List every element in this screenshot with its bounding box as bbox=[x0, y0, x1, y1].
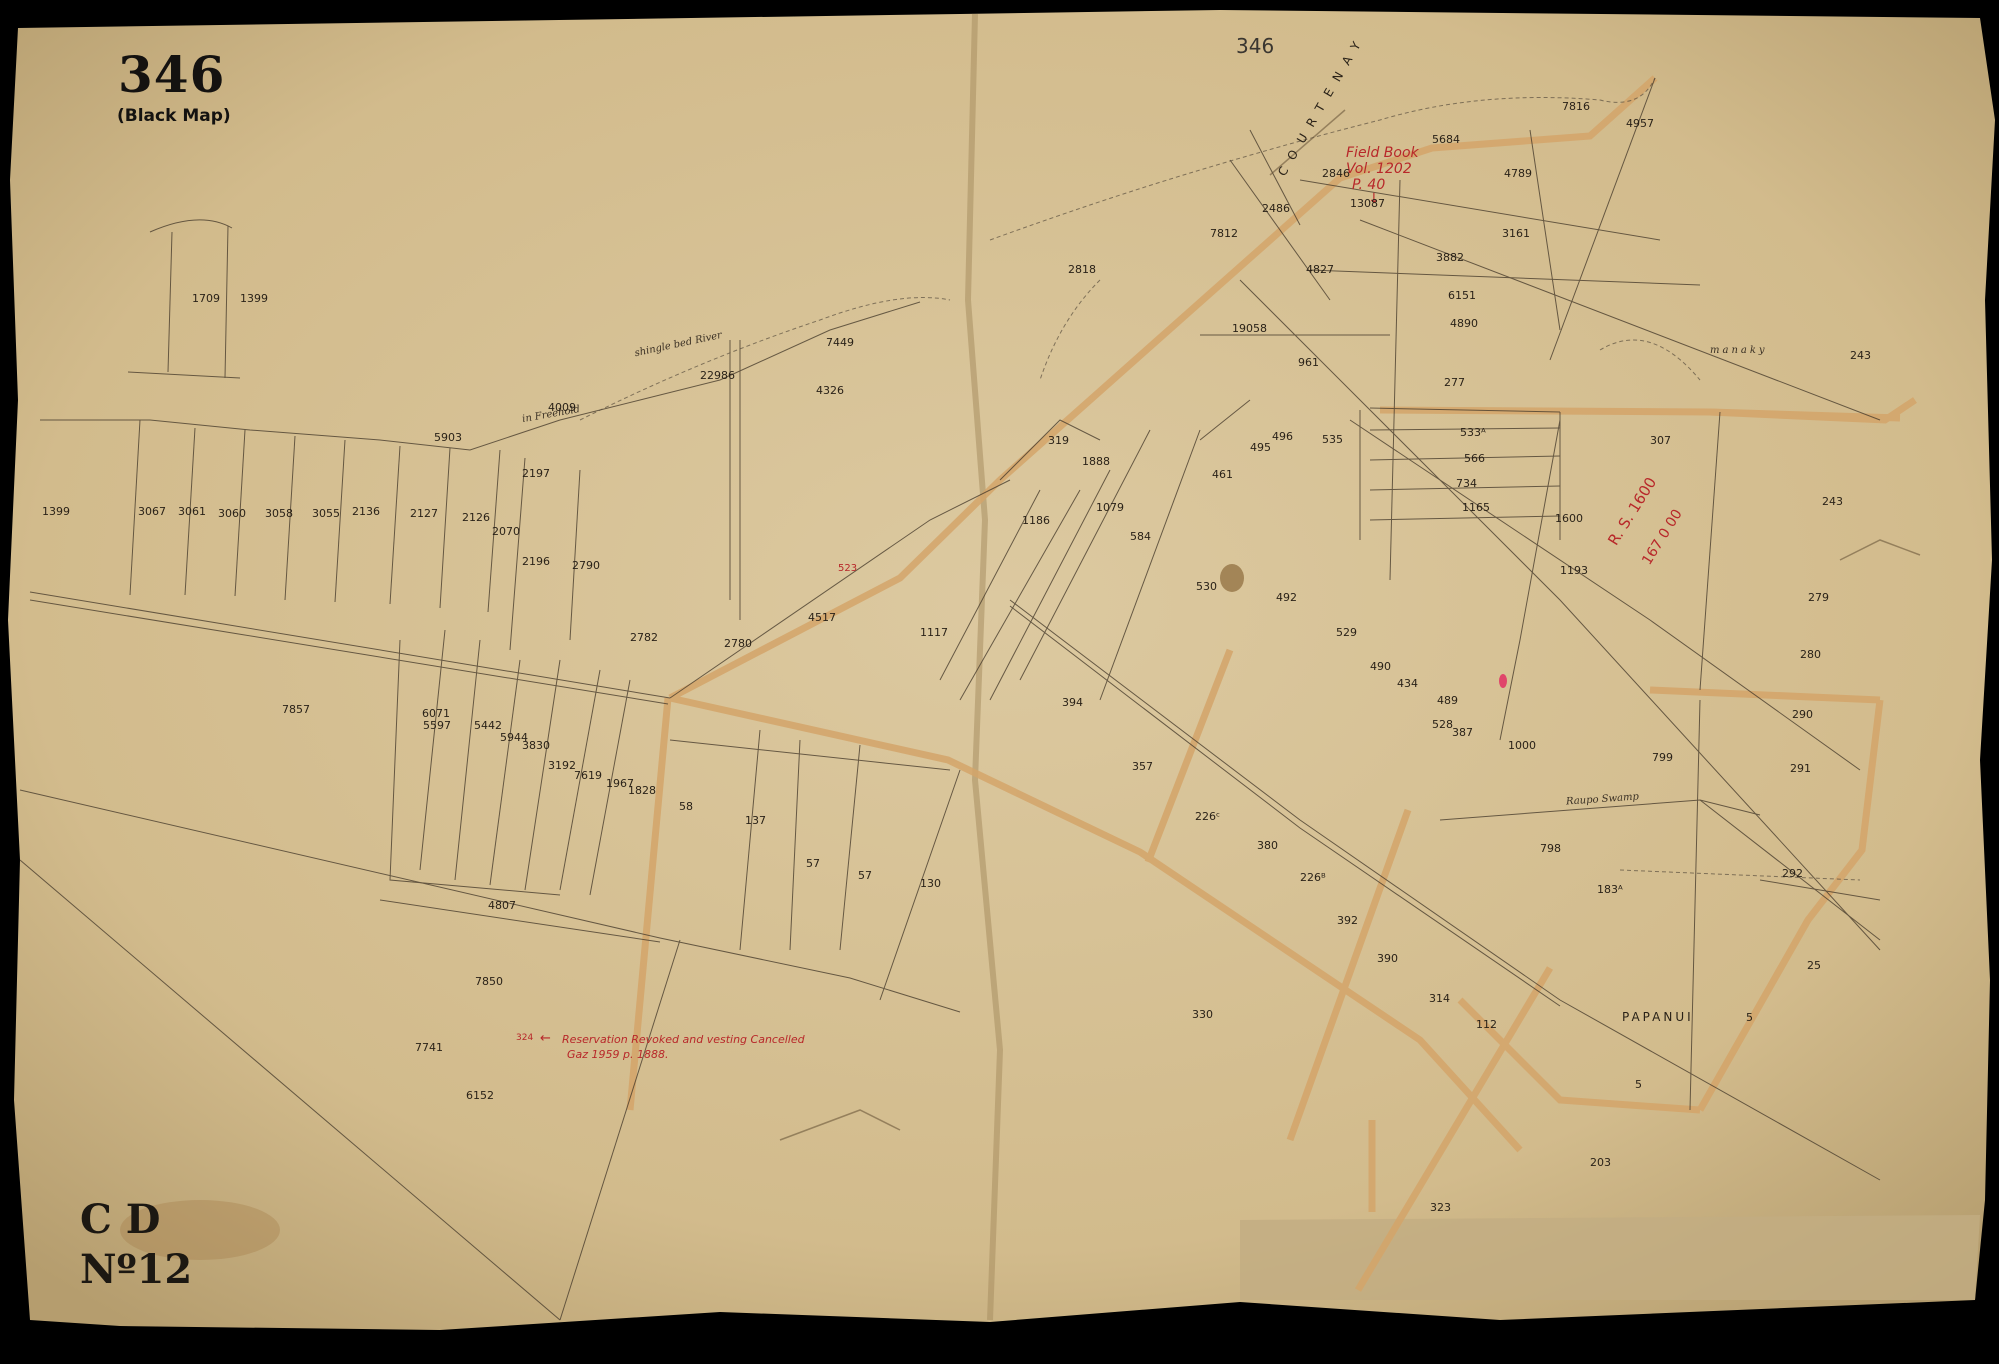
red-lot-523: 523 bbox=[838, 564, 857, 574]
field-book-note-line1: Field Book bbox=[1346, 146, 1419, 160]
lot-number: 489 bbox=[1437, 695, 1458, 706]
lot-number: 6071 bbox=[422, 708, 450, 719]
lot-number: 566 bbox=[1464, 453, 1485, 464]
lot-number: 2196 bbox=[522, 556, 550, 567]
reservation-note-line2: Gaz 1959 p. 1888. bbox=[567, 1049, 669, 1060]
lot-number: 4517 bbox=[808, 612, 836, 623]
lot-number: 461 bbox=[1212, 469, 1233, 480]
sheet-number: 346 bbox=[118, 50, 225, 100]
lot-number: 495 bbox=[1250, 442, 1271, 453]
lot-number: 357 bbox=[1132, 761, 1153, 772]
lot-number: 798 bbox=[1540, 843, 1561, 854]
lot-number: 183ᴬ bbox=[1597, 884, 1623, 895]
lot-number: 330 bbox=[1192, 1009, 1213, 1020]
lot-number: 2790 bbox=[572, 560, 600, 571]
lot-number: 2818 bbox=[1068, 264, 1096, 275]
lot-number: 387 bbox=[1452, 727, 1473, 738]
lot-number: 3192 bbox=[548, 760, 576, 771]
lot-number: 4326 bbox=[816, 385, 844, 396]
lot-number: 57 bbox=[806, 858, 820, 869]
lot-number: 5597 bbox=[423, 720, 451, 731]
lot-number: 7741 bbox=[415, 1042, 443, 1053]
lot-number: 203 bbox=[1590, 1157, 1611, 1168]
lot-number: 4827 bbox=[1306, 264, 1334, 275]
lot-number: 226ᴮ bbox=[1300, 872, 1326, 883]
lot-number: 5 bbox=[1746, 1012, 1753, 1023]
lot-number: 392 bbox=[1337, 915, 1358, 926]
lot-number: 1117 bbox=[920, 627, 948, 638]
lot-number: 1828 bbox=[628, 785, 656, 796]
lot-number: 1165 bbox=[1462, 502, 1490, 513]
lot-number: 3061 bbox=[178, 506, 206, 517]
lot-number: 5 bbox=[1635, 1079, 1642, 1090]
lot-number: 7449 bbox=[826, 337, 854, 348]
lot-number: 1888 bbox=[1082, 456, 1110, 467]
lot-number: 7857 bbox=[282, 704, 310, 715]
lot-number: 3058 bbox=[265, 508, 293, 519]
arrow-left-icon: ← bbox=[540, 1032, 551, 1045]
lot-number: 13087 bbox=[1350, 198, 1385, 209]
lot-number: 380 bbox=[1257, 840, 1278, 851]
lot-number: 58 bbox=[679, 801, 693, 812]
sheet-type: (Black Map) bbox=[117, 108, 231, 125]
lot-number: 2126 bbox=[462, 512, 490, 523]
lot-number: 7812 bbox=[1210, 228, 1238, 239]
map-sheet: 346 (Black Map) 346 C D Nº12 Field Book … bbox=[0, 0, 1999, 1364]
lot-number: 799 bbox=[1652, 752, 1673, 763]
lot-number: 2846 bbox=[1322, 168, 1350, 179]
lot-number: 280 bbox=[1800, 649, 1821, 660]
lot-number: 4890 bbox=[1450, 318, 1478, 329]
lot-number: 137 bbox=[745, 815, 766, 826]
lot-number: 1193 bbox=[1560, 565, 1588, 576]
lot-number: 226ᶜ bbox=[1195, 811, 1220, 822]
lot-number: 4807 bbox=[488, 900, 516, 911]
lot-number: 4957 bbox=[1626, 118, 1654, 129]
map-linework bbox=[0, 0, 1999, 1364]
lot-number: 1399 bbox=[240, 293, 268, 304]
lot-number: 291 bbox=[1790, 763, 1811, 774]
lot-number: 1709 bbox=[192, 293, 220, 304]
lot-number: 3830 bbox=[522, 740, 550, 751]
lot-number: 1000 bbox=[1508, 740, 1536, 751]
lot-number: 6152 bbox=[466, 1090, 494, 1101]
lot-number: 5684 bbox=[1432, 134, 1460, 145]
lot-number: 434 bbox=[1397, 678, 1418, 689]
pencil-sheet-number: 346 bbox=[1236, 36, 1274, 56]
lot-number: 734 bbox=[1456, 478, 1477, 489]
lot-number: 2127 bbox=[410, 508, 438, 519]
lot-number: 528 bbox=[1432, 719, 1453, 730]
field-book-note-line2: Vol. 1202 bbox=[1346, 162, 1412, 176]
lot-number: 535 bbox=[1322, 434, 1343, 445]
lot-number: 319 bbox=[1048, 435, 1069, 446]
lot-number: 2780 bbox=[724, 638, 752, 649]
reservation-note-line1: Reservation Revoked and vesting Cancelle… bbox=[562, 1034, 805, 1045]
district-stamp-cd: C D bbox=[80, 1200, 160, 1240]
lot-number: 243 bbox=[1822, 496, 1843, 507]
lot-number: 3161 bbox=[1502, 228, 1530, 239]
lot-number: 7850 bbox=[475, 976, 503, 987]
lot-number: 394 bbox=[1062, 697, 1083, 708]
lot-number: 130 bbox=[920, 878, 941, 889]
lot-number: 2136 bbox=[352, 506, 380, 517]
lot-number: 6151 bbox=[1448, 290, 1476, 301]
lot-number: 25 bbox=[1807, 960, 1821, 971]
lot-number: 112 bbox=[1476, 1019, 1497, 1030]
lot-number: 57 bbox=[858, 870, 872, 881]
lot-number: 530 bbox=[1196, 581, 1217, 592]
lot-number: 290 bbox=[1792, 709, 1813, 720]
lot-number: 243 bbox=[1850, 350, 1871, 361]
lot-number: 307 bbox=[1650, 435, 1671, 446]
lot-number: 584 bbox=[1130, 531, 1151, 542]
reservation-lot-number: 324 bbox=[516, 1034, 533, 1043]
lot-number: 2486 bbox=[1262, 203, 1290, 214]
lot-number: 2197 bbox=[522, 468, 550, 479]
lot-number: 3060 bbox=[218, 508, 246, 519]
paper bbox=[8, 10, 1995, 1330]
lot-number: 19058 bbox=[1232, 323, 1267, 334]
lot-number: 277 bbox=[1444, 377, 1465, 388]
lot-number: 5442 bbox=[474, 720, 502, 731]
swamp-label: manaky bbox=[1710, 346, 1768, 356]
lot-number: 292 bbox=[1782, 868, 1803, 879]
lot-number: 2070 bbox=[492, 526, 520, 537]
lot-number: 3067 bbox=[138, 506, 166, 517]
lot-number: 7816 bbox=[1562, 101, 1590, 112]
lot-number: 1399 bbox=[42, 506, 70, 517]
lot-number: 4009 bbox=[548, 402, 576, 413]
lot-number: 4789 bbox=[1504, 168, 1532, 179]
lot-number: 496 bbox=[1272, 431, 1293, 442]
lot-number: 490 bbox=[1370, 661, 1391, 672]
lot-number: 1079 bbox=[1096, 502, 1124, 513]
lot-number: 7619 bbox=[574, 770, 602, 781]
lot-number: 314 bbox=[1429, 993, 1450, 1004]
place-name-papanui: PAPANUI bbox=[1622, 1011, 1694, 1023]
lot-number: 533ᴬ bbox=[1460, 427, 1486, 438]
lot-number: 279 bbox=[1808, 592, 1829, 603]
lot-number: 529 bbox=[1336, 627, 1357, 638]
lot-number: 1186 bbox=[1022, 515, 1050, 526]
lot-number: 3882 bbox=[1436, 252, 1464, 263]
lot-number: 2782 bbox=[630, 632, 658, 643]
lot-number: 3055 bbox=[312, 508, 340, 519]
district-stamp-number: Nº12 bbox=[80, 1250, 192, 1290]
lot-number: 1600 bbox=[1555, 513, 1583, 524]
lot-number: 5903 bbox=[434, 432, 462, 443]
lot-number: 492 bbox=[1276, 592, 1297, 603]
lot-number: 323 bbox=[1430, 1202, 1451, 1213]
lot-number: 22986 bbox=[700, 370, 735, 381]
lot-number: 961 bbox=[1298, 357, 1319, 368]
lot-number: 390 bbox=[1377, 953, 1398, 964]
field-book-note-line3: P. 40 bbox=[1352, 178, 1385, 192]
